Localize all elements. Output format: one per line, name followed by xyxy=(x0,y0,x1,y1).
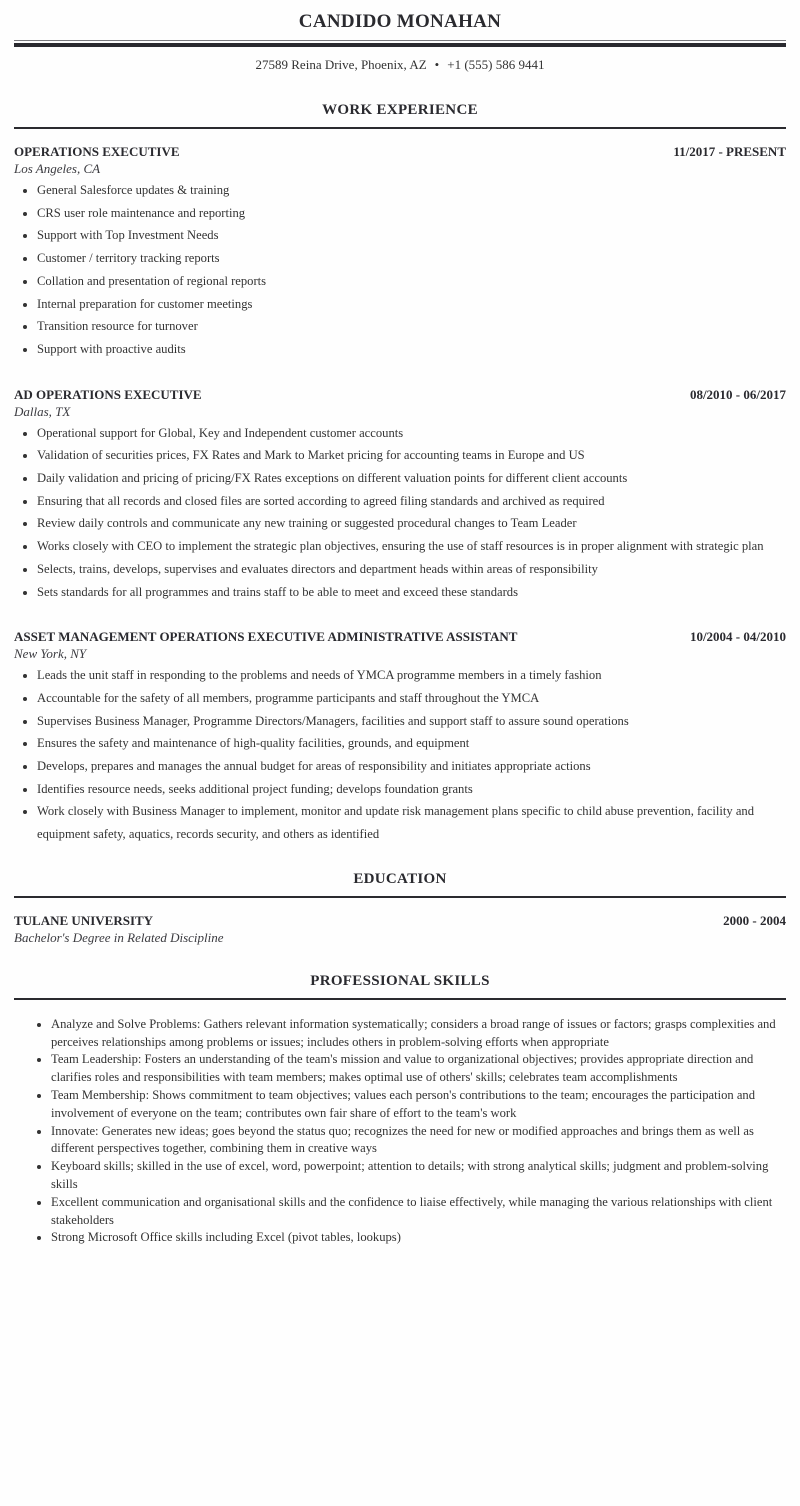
section-rule xyxy=(14,998,786,1000)
list-item: Team Membership: Shows commitment to tea… xyxy=(51,1087,786,1123)
job-entry: OPERATIONS EXECUTIVE 11/2017 - PRESENT L… xyxy=(14,144,786,361)
degree: Bachelor's Degree in Related Discipline xyxy=(14,930,786,946)
job-dates: 11/2017 - PRESENT xyxy=(673,144,786,160)
education-entry: TULANE UNIVERSITY 2000 - 2004 Bachelor's… xyxy=(14,913,786,946)
job-location: Los Angeles, CA xyxy=(14,161,786,177)
list-item: Analyze and Solve Problems: Gathers rele… xyxy=(51,1016,786,1052)
list-item: Selects, trains, develops, supervises an… xyxy=(37,558,786,581)
list-item: Sets standards for all programmes and tr… xyxy=(37,581,786,604)
job-dates: 10/2004 - 04/2010 xyxy=(690,629,786,645)
job-duties: Leads the unit staff in responding to th… xyxy=(14,664,786,846)
list-item: Operational support for Global, Key and … xyxy=(37,422,786,445)
school-name: TULANE UNIVERSITY xyxy=(14,913,153,929)
list-item: Leads the unit staff in responding to th… xyxy=(37,664,786,687)
section-title-work-experience: WORK EXPERIENCE xyxy=(14,102,786,119)
section-rule xyxy=(14,127,786,129)
section-rule xyxy=(14,896,786,898)
list-item: Review daily controls and communicate an… xyxy=(37,512,786,535)
list-item: Work closely with Business Manager to im… xyxy=(37,800,786,845)
work-experience-section: WORK EXPERIENCE OPERATIONS EXECUTIVE 11/… xyxy=(14,102,786,846)
list-item: Validation of securities prices, FX Rate… xyxy=(37,444,786,467)
list-item: Support with Top Investment Needs xyxy=(37,224,786,247)
skills-list: Analyze and Solve Problems: Gathers rele… xyxy=(14,1016,786,1247)
list-item: Internal preparation for customer meetin… xyxy=(37,293,786,316)
job-entry: AD OPERATIONS EXECUTIVE 08/2010 - 06/201… xyxy=(14,387,786,604)
contact-line: 27589 Reina Drive, Phoenix, AZ•+1 (555) … xyxy=(14,57,786,73)
job-title: OPERATIONS EXECUTIVE xyxy=(14,144,180,160)
list-item: Daily validation and pricing of pricing/… xyxy=(37,467,786,490)
skills-section: PROFESSIONAL SKILLS Analyze and Solve Pr… xyxy=(14,973,786,1247)
phone: +1 (555) 586 9441 xyxy=(447,57,544,72)
job-title: AD OPERATIONS EXECUTIVE xyxy=(14,387,202,403)
section-title-skills: PROFESSIONAL SKILLS xyxy=(14,973,786,990)
list-item: Collation and presentation of regional r… xyxy=(37,270,786,293)
list-item: Ensuring that all records and closed fil… xyxy=(37,490,786,513)
list-item: Develops, prepares and manages the annua… xyxy=(37,755,786,778)
job-location: New York, NY xyxy=(14,646,786,662)
job-location: Dallas, TX xyxy=(14,404,786,420)
list-item: Excellent communication and organisation… xyxy=(51,1194,786,1230)
list-item: General Salesforce updates & training xyxy=(37,179,786,202)
job-dates: 08/2010 - 06/2017 xyxy=(690,387,786,403)
list-item: Strong Microsoft Office skills including… xyxy=(51,1229,786,1247)
header-rule-thick xyxy=(14,43,786,47)
list-item: Transition resource for turnover xyxy=(37,315,786,338)
list-item: Supervises Business Manager, Programme D… xyxy=(37,710,786,733)
list-item: Accountable for the safety of all member… xyxy=(37,687,786,710)
bullet-separator: • xyxy=(435,57,440,72)
list-item: CRS user role maintenance and reporting xyxy=(37,202,786,225)
job-duties: General Salesforce updates & trainingCRS… xyxy=(14,179,786,361)
candidate-name: CANDIDO MONAHAN xyxy=(14,0,786,40)
list-item: Ensures the safety and maintenance of hi… xyxy=(37,732,786,755)
job-title: ASSET MANAGEMENT OPERATIONS EXECUTIVE AD… xyxy=(14,629,517,645)
job-entry: ASSET MANAGEMENT OPERATIONS EXECUTIVE AD… xyxy=(14,629,786,846)
address: 27589 Reina Drive, Phoenix, AZ xyxy=(256,57,427,72)
list-item: Support with proactive audits xyxy=(37,338,786,361)
list-item: Customer / territory tracking reports xyxy=(37,247,786,270)
list-item: Identifies resource needs, seeks additio… xyxy=(37,778,786,801)
education-dates: 2000 - 2004 xyxy=(723,913,786,929)
job-duties: Operational support for Global, Key and … xyxy=(14,422,786,604)
list-item: Keyboard skills; skilled in the use of e… xyxy=(51,1158,786,1194)
section-title-education: EDUCATION xyxy=(14,871,786,888)
list-item: Works closely with CEO to implement the … xyxy=(37,535,786,558)
education-section: EDUCATION TULANE UNIVERSITY 2000 - 2004 … xyxy=(14,871,786,946)
resume-page: CANDIDO MONAHAN 27589 Reina Drive, Phoen… xyxy=(0,0,800,1247)
header-rule-thin xyxy=(14,40,786,41)
list-item: Innovate: Generates new ideas; goes beyo… xyxy=(51,1123,786,1159)
list-item: Team Leadership: Fosters an understandin… xyxy=(51,1051,786,1087)
